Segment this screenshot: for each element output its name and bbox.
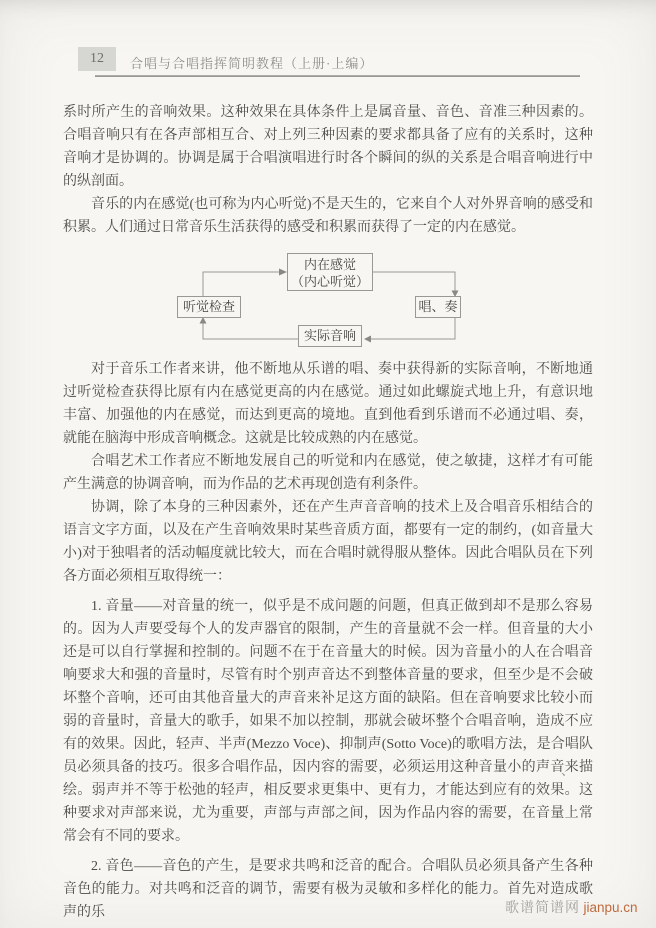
inner-feeling-line2: （内心听觉） xyxy=(288,273,372,290)
diagram-node-actual-sound: 实际音响 xyxy=(298,325,362,347)
paragraph-continuation: 系时所产生的音响效果。这种效果在具体条件上是属音量、音色、音准三种因素的。合唱音… xyxy=(63,101,593,193)
diagram-inner-hearing-cycle: 内在感觉 （内心听觉） 听觉检查 唱、奏 实际音响 xyxy=(63,253,593,349)
watermark: 歌谱简谱网 jianpu.cn xyxy=(505,897,638,917)
paragraph-inner-feeling: 音乐的内在感觉(也可称为内心听觉)不是天生的，它来自个人对外界音响的感受和积累。… xyxy=(63,193,593,239)
paragraph-item1-volume: 1. 音量——对音量的统一，似乎是不成问题的问题，但真正做到却不是那么容易的。因… xyxy=(63,595,593,848)
paragraph-choral-artist: 合唱艺术工作者应不断地发展自己的听觉和内在感觉，使之敏捷，这样才有可能产生满意的… xyxy=(63,450,593,496)
paragraph-music-worker: 对于音乐工作者来讲，他不断地从乐谱的唱、奏中获得新的实际音响，不断地通过听觉检查… xyxy=(63,358,593,450)
watermark-site-name: 歌谱简谱网 xyxy=(505,901,580,916)
page-number-badge: 12 xyxy=(78,47,116,71)
stray-ink-mark: 、 xyxy=(561,760,574,779)
diagram-node-inner-feeling: 内在感觉 （内心听觉） xyxy=(287,253,373,291)
scanned-book-page: 12 合唱与合唱指挥简明教程（上册·上编） 系时所产生的音响效果。这种效果在具体… xyxy=(0,0,656,928)
diagram-node-hearing-check: 听觉检查 xyxy=(177,296,241,318)
watermark-domain: jianpu.cn xyxy=(584,900,638,915)
inner-feeling-line1: 内在感觉 xyxy=(288,256,372,273)
paragraph-coordination: 协调，除了本身的三种因素外，还在产生声音音响的技术上及合唱音乐相结合的语言文字方… xyxy=(63,496,593,588)
diagram-node-sing-play: 唱、奏 xyxy=(415,296,461,318)
running-title: 合唱与合唱指挥简明教程（上册·上编） xyxy=(130,53,373,72)
body-text: 系时所产生的音响效果。这种效果在具体条件上是属音量、音色、音准三种因素的。合唱音… xyxy=(63,101,593,924)
page-number: 12 xyxy=(90,51,104,67)
header-rule xyxy=(95,75,580,77)
